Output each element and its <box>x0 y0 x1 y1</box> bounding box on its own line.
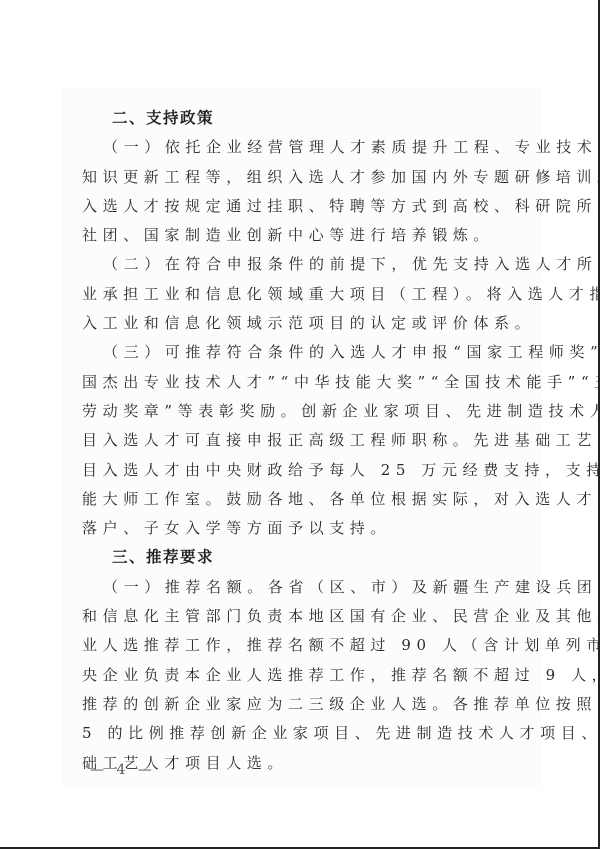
paragraph-line: 业承担工业和信息化领域重大项目（工程）。将入选人才指标纳 <box>82 280 524 309</box>
paragraph-line: 和信息化主管部门负责本地区国有企业、民营企业及其他类型企 <box>82 602 524 631</box>
paragraph-line: （一）推荐名额。各省（区、市）及新疆生产建设兵团工业 <box>82 573 524 602</box>
paragraph-line: 5 的比例推荐创新企业家项目、先进制造技术人才项目、先进基 <box>82 719 524 748</box>
paragraph-line: （三）可推荐符合条件的入选人才申报“国家工程师奖”“全 <box>82 338 524 367</box>
paragraph-line: 央企业负责本企业人选推荐工作，推荐名额不超过 9 人，其中， <box>82 661 524 690</box>
paragraph-line: （二）在符合申报条件的前提下，优先支持入选人才所在企 <box>82 250 524 279</box>
paragraph-line: 社团、国家制造业创新中心等进行培养锻炼。 <box>82 221 524 250</box>
paragraph-line: 目入选人才可直接申报正高级工程师职称。先进基础工艺人才项 <box>82 426 524 455</box>
paragraph-line: 知识更新工程等，组织入选人才参加国内外专题研修培训。支持 <box>82 163 524 192</box>
paragraph-line: 落户、子女入学等方面予以支持。 <box>82 514 524 543</box>
paragraph-line: 目入选人才由中央财政给予每人 25 万元经费支持，支持建设技 <box>82 456 524 485</box>
paragraph-line: 业人选推荐工作，推荐名额不超过 90 人（含计划单列市）。各中 <box>82 631 524 660</box>
section-heading-recommendation-requirements: 三、推荐要求 <box>82 543 524 572</box>
document-body: 二、支持政策 （一）依托企业经营管理人才素质提升工程、专业技术人才 知识更新工程… <box>82 104 524 778</box>
paragraph-line: 推荐的创新企业家应为二三级企业人选。各推荐单位按照 1：3： <box>82 690 524 719</box>
paragraph-line: 能大师工作室。鼓励各地、各单位根据实际，对入选人才在积分 <box>82 485 524 514</box>
paragraph-line: 入工业和信息化领域示范项目的认定或评价体系。 <box>82 309 524 338</box>
paragraph-line: 国杰出专业技术人才”“中华技能大奖”“全国技术能手”“五一 <box>82 368 524 397</box>
paragraph-line: 劳动奖章”等表彰奖励。创新企业家项目、先进制造技术人才项 <box>82 397 524 426</box>
paragraph-line: （一）依托企业经营管理人才素质提升工程、专业技术人才 <box>82 133 524 162</box>
page-number: — 4 — <box>90 762 156 778</box>
paragraph-line: 入选人才按规定通过挂职、特聘等方式到高校、科研院所、科技 <box>82 192 524 221</box>
section-heading-support-policy: 二、支持政策 <box>82 104 524 133</box>
